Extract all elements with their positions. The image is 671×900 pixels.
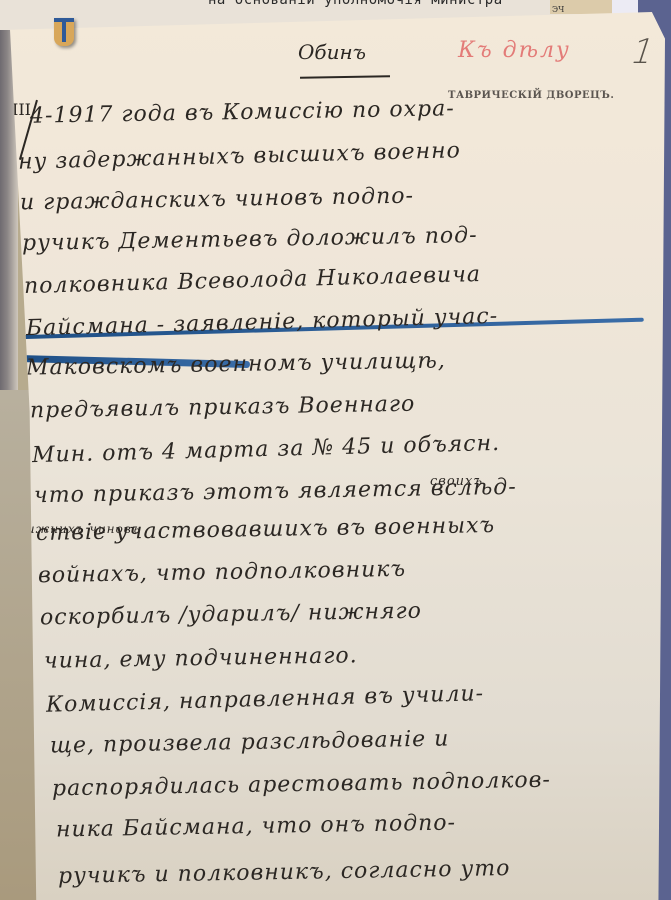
handwritten-line: чина, ему подчиненнаго. (44, 643, 358, 673)
typed-text: на основанiи уполномочiя министра (208, 0, 503, 8)
archive-logo (46, 18, 82, 52)
logo-stripe (62, 22, 66, 42)
handwritten-line: Комиссiя, направленная въ учили- (46, 681, 485, 717)
handwritten-line: и гражданскихъ чиновъ подпо- (20, 184, 414, 216)
tan-card: ЭЧ (550, 0, 614, 14)
handwritten-line: ручикъ Дементьевъ доложилъ под- (22, 223, 478, 256)
handwritten-page: Обинъ Къ дѣлу 1 ТАВРИЧЕСКІЙ ДВОРЕЦЪ. III… (10, 12, 665, 900)
handwritten-line: предъявилъ приказъ Военнаго (30, 392, 416, 424)
red-pencil-note: Къ дѣлу (458, 38, 571, 63)
letterhead: ТАВРИЧЕСКІЙ ДВОРЕЦЪ. (448, 90, 614, 101)
handwritten-line: что приказъ этотъ является вслѣд- (34, 475, 517, 508)
title-underline (300, 75, 390, 79)
handwritten-line: распорядилась арестовать подполков- (52, 768, 551, 802)
handwritten-line: ствiе участвовавшихъ въ военныхъ (36, 513, 496, 546)
handwritten-line: ручикъ и полковникъ, согласно уто (58, 856, 511, 889)
handwritten-line: полковника Всеволода Николаевича (24, 262, 482, 299)
white-card (612, 0, 640, 14)
handwritten-line: ще, произвела разслѣдованiе и (50, 727, 450, 759)
margin-mark: III (12, 100, 31, 119)
handwritten-line: ну задержанныхъ высшихъ военно (18, 138, 461, 175)
handwritten-line: Байсмана - заявленiе, который учас- (26, 304, 499, 341)
handwritten-line: Мин. отъ 4 марта за № 45 и объясн. (32, 431, 501, 468)
handwritten-line: войнахъ, что подполковникъ (38, 557, 406, 588)
handwritten-line: ника Байсмана, что онъ подпо- (56, 811, 456, 843)
handwritten-line: 4-1917 года въ Комиссiю по охра- (30, 96, 455, 128)
handwritten-line: Маковскомъ военномъ училищѣ, (26, 348, 446, 380)
page-number: 1 (626, 32, 661, 72)
handwritten-line: оскорбилъ /ударилъ/ нижняго (40, 599, 422, 631)
stamp-title: Обинъ (298, 40, 366, 64)
